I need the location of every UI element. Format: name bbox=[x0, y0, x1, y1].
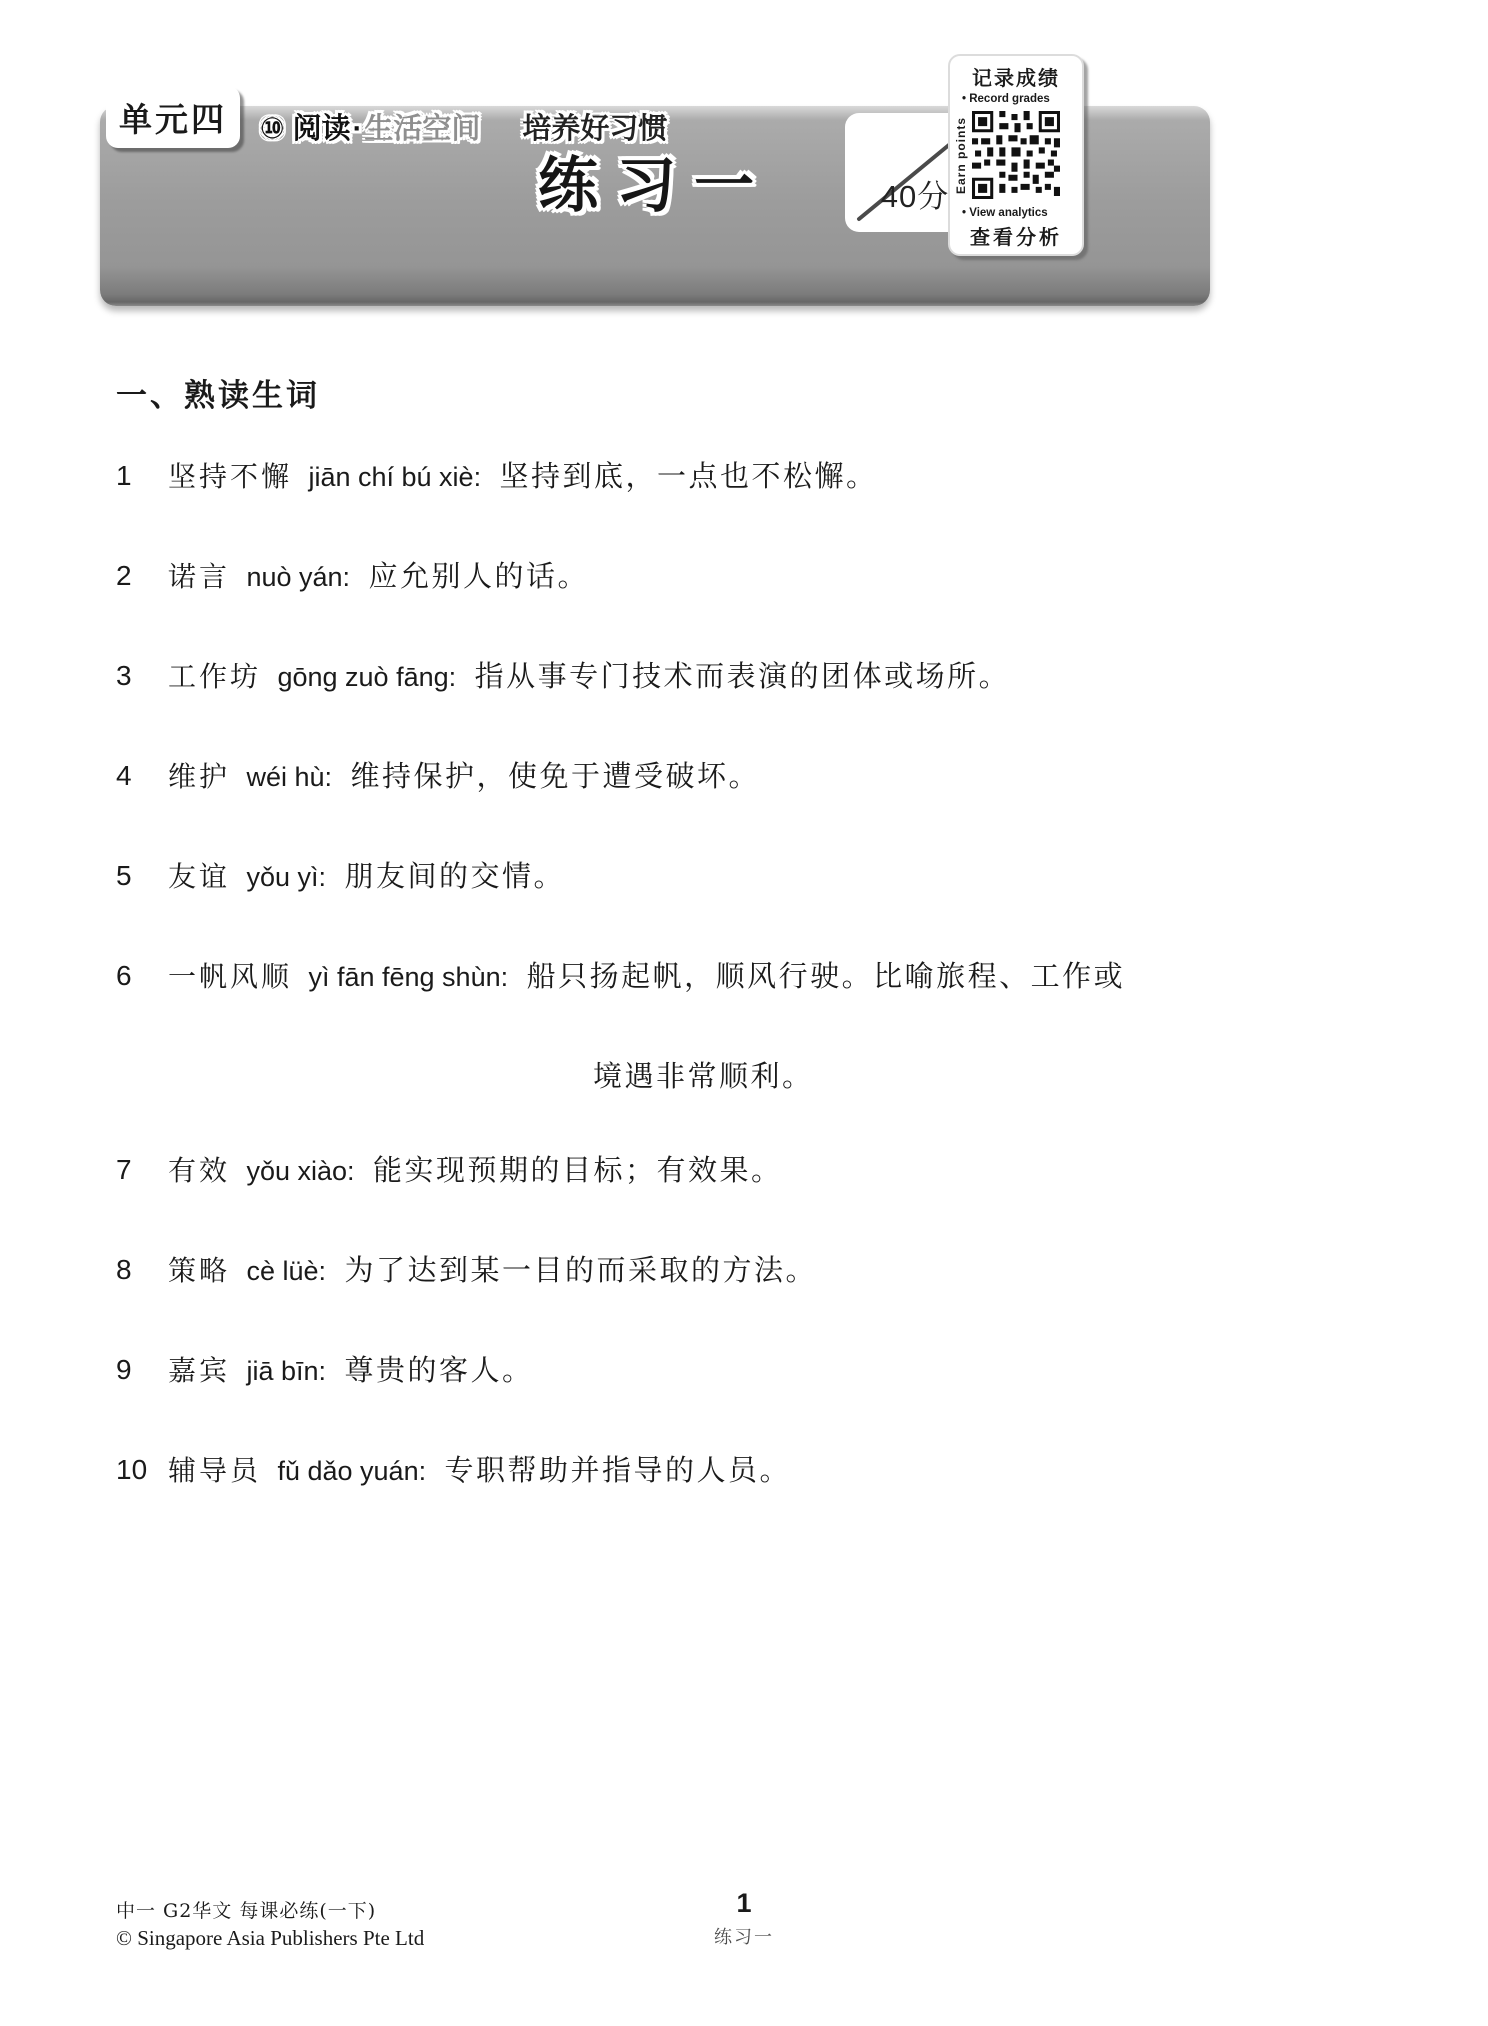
vocab-item: 4 维护 wéi hù: 维持保护，使免于遭受破坏。 bbox=[116, 758, 1406, 800]
qr-panel-footer: 查看分析 bbox=[954, 221, 1078, 250]
vocab-pinyin: cè lüè: bbox=[246, 1256, 326, 1286]
vocab-pinyin: jiā bīn: bbox=[246, 1356, 326, 1386]
qr-bullet-record-grades: Record grades bbox=[962, 93, 1078, 105]
vocab-word: 一帆风顺 bbox=[168, 961, 292, 992]
vocab-number: 5 bbox=[116, 858, 168, 900]
vocab-pinyin: gōng zuò fāng: bbox=[277, 662, 456, 692]
vocab-definition: 指从事专门技术而表演的团体或场所。 bbox=[475, 659, 1011, 693]
lesson-title-line: ⑩ 阅读·生活空间 培养好习惯 bbox=[260, 106, 667, 147]
vocab-entry: 友谊 yǒu yì: 朋友间的交情。 bbox=[168, 858, 1406, 900]
vocab-entry: 维护 wéi hù: 维持保护，使免于遭受破坏。 bbox=[168, 758, 1406, 800]
vocab-word: 诺言 bbox=[168, 561, 230, 592]
vocab-number: 3 bbox=[116, 658, 168, 700]
qr-middle-row: Earn points bbox=[954, 105, 1078, 205]
vocab-item: 2 诺言 nuò yán: 应允别人的话。 bbox=[116, 558, 1406, 600]
qr-bullet-view-analytics: View analytics bbox=[962, 207, 1078, 219]
lesson-title-main: 阅读 bbox=[293, 113, 351, 145]
vocab-word: 有效 bbox=[168, 1155, 230, 1186]
vocab-entry: 有效 yǒu xiào: 能实现预期的目标；有效果。 bbox=[168, 1152, 1406, 1194]
vocab-definition: 朋友间的交情。 bbox=[344, 859, 565, 893]
vocab-word: 辅导员 bbox=[168, 1455, 261, 1486]
vocab-pinyin: wéi hù: bbox=[246, 762, 332, 792]
vocab-definition: 专职帮助并指导的人员。 bbox=[445, 1453, 792, 1487]
vocab-item: 6 一帆风顺 yì fān fēng shùn: 船只扬起帆，顺风行驶。比喻旅程… bbox=[116, 958, 1406, 1094]
lesson-title-sub: 生活空间 bbox=[364, 113, 480, 145]
vocab-definition: 应允别人的话。 bbox=[369, 559, 590, 593]
vocab-item: 3 工作坊 gōng zuò fāng: 指从事专门技术而表演的团体或场所。 bbox=[116, 658, 1406, 700]
vocab-pinyin: jiān chí bú xiè: bbox=[308, 462, 481, 492]
lesson-number-badge: ⑩ bbox=[260, 113, 285, 145]
vocab-pinyin: fǔ dǎo yuán: bbox=[277, 1456, 426, 1486]
page-exercise-label: 练习一 bbox=[0, 1923, 1488, 1949]
vocab-number: 9 bbox=[116, 1352, 168, 1394]
vocab-pinyin: nuò yán: bbox=[246, 562, 350, 592]
vocab-entry: 诺言 nuò yán: 应允别人的话。 bbox=[168, 558, 1406, 600]
lesson-tagline: 培养好习惯 bbox=[522, 113, 667, 145]
vocab-word: 策略 bbox=[168, 1255, 230, 1286]
vocab-entry: 辅导员 fǔ dǎo yuán: 专职帮助并指导的人员。 bbox=[168, 1452, 1406, 1494]
vocab-list: 1 坚持不懈 jiān chí bú xiè: 坚持到底，一点也不松懈。 2 诺… bbox=[116, 458, 1406, 1552]
vocab-definition: 能实现预期的目标；有效果。 bbox=[373, 1153, 783, 1187]
unit-label-box: 单元四 bbox=[106, 86, 240, 148]
vocab-definition: 坚持到底，一点也不松懈。 bbox=[500, 459, 878, 493]
vocab-entry: 一帆风顺 yì fān fēng shùn: 船只扬起帆，顺风行驶。比喻旅程、工… bbox=[168, 958, 1406, 1094]
vocab-definition: 维持保护，使免于遭受破坏。 bbox=[350, 759, 760, 793]
vocab-number: 2 bbox=[116, 558, 168, 600]
vocab-number: 7 bbox=[116, 1152, 168, 1194]
vocab-number: 6 bbox=[116, 958, 168, 1094]
vocab-definition: 为了达到某一目的而采取的方法。 bbox=[344, 1253, 817, 1287]
vocab-definition: 船只扬起帆，顺风行驶。比喻旅程、工作或 bbox=[527, 959, 1126, 993]
vocab-word: 工作坊 bbox=[168, 661, 261, 692]
vocab-definition: 尊贵的客人。 bbox=[344, 1353, 533, 1387]
unit-label: 单元四 bbox=[119, 94, 227, 141]
vocab-number: 8 bbox=[116, 1252, 168, 1294]
vocab-pinyin: yǒu yì: bbox=[246, 862, 326, 892]
page-number: 1 bbox=[0, 1888, 1488, 1919]
vocab-definition-continued: 境遇非常顺利。 bbox=[593, 1058, 1406, 1094]
vocab-entry: 工作坊 gōng zuò fāng: 指从事专门技术而表演的团体或场所。 bbox=[168, 658, 1406, 700]
vocab-pinyin: yì fān fēng shùn: bbox=[308, 962, 508, 992]
vocab-entry: 嘉宾 jiā bīn: 尊贵的客人。 bbox=[168, 1352, 1406, 1394]
vocab-word: 友谊 bbox=[168, 861, 230, 892]
section-heading: 一、熟读生词 bbox=[116, 370, 320, 415]
vocab-item: 5 友谊 yǒu yì: 朋友间的交情。 bbox=[116, 858, 1406, 900]
vocab-number: 1 bbox=[116, 458, 168, 500]
vocab-entry: 策略 cè lüè: 为了达到某一目的而采取的方法。 bbox=[168, 1252, 1406, 1294]
vocab-number: 4 bbox=[116, 758, 168, 800]
vocab-entry: 坚持不懈 jiān chí bú xiè: 坚持到底，一点也不松懈。 bbox=[168, 458, 1406, 500]
vocab-item: 10 辅导员 fǔ dǎo yuán: 专职帮助并指导的人员。 bbox=[116, 1452, 1406, 1494]
vocab-pinyin: yǒu xiào: bbox=[246, 1156, 354, 1186]
vocab-number: 10 bbox=[116, 1452, 168, 1494]
qr-panel-title: 记录成绩 bbox=[954, 62, 1078, 91]
workbook-page: 单元四 ⑩ 阅读·生活空间 培养好习惯 练习一 40分 记录成绩 Record … bbox=[0, 0, 1488, 2026]
vocab-item: 1 坚持不懈 jiān chí bú xiè: 坚持到底，一点也不松懈。 bbox=[116, 458, 1406, 500]
vocab-item: 9 嘉宾 jiā bīn: 尊贵的客人。 bbox=[116, 1352, 1406, 1394]
vocab-word: 嘉宾 bbox=[168, 1355, 230, 1386]
footer-center: 1 练习一 bbox=[0, 1888, 1488, 1949]
vocab-word: 维护 bbox=[168, 761, 230, 792]
qr-side-label-earn-points: Earn points bbox=[954, 112, 972, 198]
vocab-word: 坚持不懈 bbox=[168, 461, 292, 492]
vocab-item: 7 有效 yǒu xiào: 能实现预期的目标；有效果。 bbox=[116, 1152, 1406, 1194]
vocab-item: 8 策略 cè lüè: 为了达到某一目的而采取的方法。 bbox=[116, 1252, 1406, 1294]
qr-code bbox=[972, 111, 1060, 199]
qr-panel: 记录成绩 Record grades Earn points View anal… bbox=[948, 54, 1084, 256]
lesson-title-separator: · bbox=[353, 113, 363, 145]
